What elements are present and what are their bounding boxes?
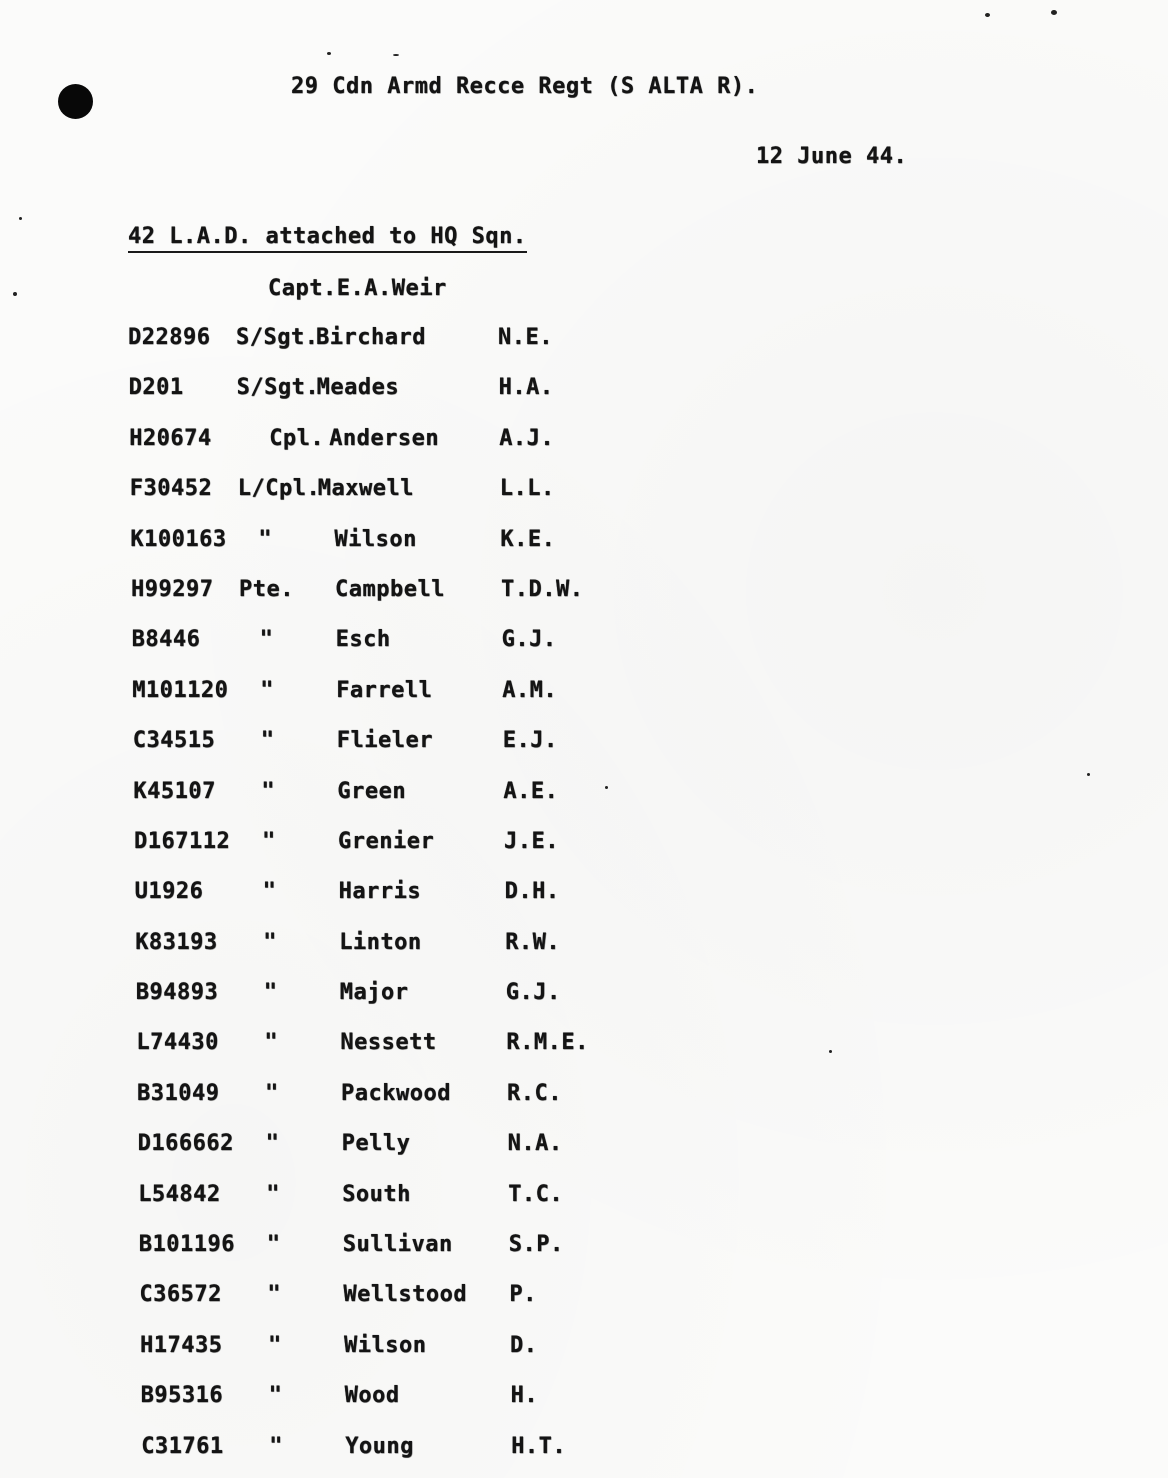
surname: Nessett bbox=[340, 1030, 436, 1055]
service-number: H99297 bbox=[131, 577, 213, 602]
roster-row: D166662"PellyN.A. bbox=[138, 1131, 658, 1181]
initials: G.J. bbox=[502, 627, 557, 652]
roster-row: M101120"FarrellA.M. bbox=[132, 678, 652, 728]
service-number: D166662 bbox=[138, 1131, 234, 1156]
rank: " bbox=[261, 728, 275, 753]
initials: A.J. bbox=[499, 426, 554, 451]
service-number: K83193 bbox=[135, 930, 217, 955]
service-number: D22896 bbox=[128, 325, 210, 350]
service-number: D167112 bbox=[134, 829, 230, 854]
service-number: H20674 bbox=[129, 426, 211, 451]
surname: Sullivan bbox=[343, 1232, 453, 1257]
initials: H.A. bbox=[499, 375, 554, 400]
initials: P. bbox=[509, 1282, 537, 1307]
surname: Birchard bbox=[316, 325, 426, 350]
rank: " bbox=[260, 678, 274, 703]
rank: " bbox=[263, 879, 277, 904]
roster-row: D201S/Sgt.MeadesH.A. bbox=[129, 375, 649, 425]
initials: K.E. bbox=[500, 527, 555, 552]
initials: T.C. bbox=[508, 1182, 563, 1207]
officer-name: Capt.E.A.Weir bbox=[268, 276, 447, 301]
service-number: C34515 bbox=[133, 728, 215, 753]
rank: " bbox=[263, 930, 277, 955]
initials: S.P. bbox=[509, 1232, 564, 1257]
roster-row: D167112"GrenierJ.E. bbox=[134, 829, 654, 879]
service-number: K45107 bbox=[133, 779, 215, 804]
initials: R.C. bbox=[507, 1081, 562, 1106]
rank: " bbox=[267, 1282, 281, 1307]
service-number: B31049 bbox=[137, 1081, 219, 1106]
initials: L.L. bbox=[500, 476, 555, 501]
rank: " bbox=[269, 1434, 283, 1459]
rank: " bbox=[260, 627, 274, 652]
surname: Harris bbox=[339, 879, 421, 904]
personnel-roster: D22896S/Sgt.BirchardN.E.D201S/Sgt.Meades… bbox=[128, 325, 648, 1478]
roster-row: U1926"HarrisD.H. bbox=[135, 879, 655, 929]
initials: A.M. bbox=[502, 678, 557, 703]
initials: T.D.W. bbox=[501, 577, 583, 602]
roster-row: L54842"SouthT.C. bbox=[138, 1182, 658, 1232]
service-number: B101196 bbox=[139, 1232, 235, 1257]
section-heading: 42 L.A.D. attached to HQ Sqn. bbox=[128, 224, 527, 253]
roster-row: B8446"EschG.J. bbox=[132, 627, 652, 677]
service-number: C36572 bbox=[139, 1282, 221, 1307]
initials: D.H. bbox=[505, 879, 560, 904]
roster-row: B31049"PackwoodR.C. bbox=[137, 1081, 657, 1131]
scan-speck bbox=[19, 217, 22, 220]
roster-row: B101196"SullivanS.P. bbox=[139, 1232, 659, 1282]
service-number: L74430 bbox=[136, 1030, 218, 1055]
surname: Young bbox=[345, 1434, 414, 1459]
surname: Flieler bbox=[337, 728, 433, 753]
roster-row: B94893"MajorG.J. bbox=[136, 980, 656, 1030]
roster-row: H99297Pte.CampbellT.D.W. bbox=[131, 577, 651, 627]
service-number: M101120 bbox=[132, 678, 228, 703]
roster-row: H17435"WilsonD. bbox=[140, 1333, 660, 1383]
surname: Linton bbox=[339, 930, 421, 955]
service-number: H17435 bbox=[140, 1333, 222, 1358]
scan-speck bbox=[13, 292, 17, 296]
initials: N.A. bbox=[508, 1131, 563, 1156]
service-number: C31761 bbox=[141, 1434, 223, 1459]
rank: S/Sgt. bbox=[236, 325, 318, 350]
initials: H. bbox=[511, 1383, 539, 1408]
service-number: F30452 bbox=[130, 476, 212, 501]
roster-row: K45107"GreenA.E. bbox=[133, 779, 653, 829]
rank: Cpl. bbox=[269, 426, 324, 451]
initials: D. bbox=[510, 1333, 538, 1358]
scan-speck bbox=[327, 52, 331, 55]
rank: " bbox=[268, 1333, 282, 1358]
rank: " bbox=[258, 527, 272, 552]
service-number: B94893 bbox=[136, 980, 218, 1005]
document-page: 29 Cdn Armd Recce Regt (S ALTA R). 12 Ju… bbox=[0, 0, 1168, 1478]
punch-hole-mark bbox=[58, 84, 93, 119]
rank: " bbox=[269, 1383, 283, 1408]
initials: J.E. bbox=[504, 829, 559, 854]
rank: Pte. bbox=[239, 577, 294, 602]
surname: Wilson bbox=[334, 527, 416, 552]
rank: " bbox=[264, 1030, 278, 1055]
surname: Green bbox=[337, 779, 406, 804]
surname: Andersen bbox=[329, 426, 439, 451]
scan-speck bbox=[829, 1050, 832, 1053]
surname: Wellstood bbox=[343, 1282, 467, 1307]
roster-row: K83193"LintonR.W. bbox=[135, 930, 655, 980]
roster-row: H20674Cpl.AndersenA.J. bbox=[129, 426, 649, 476]
service-number: B95316 bbox=[141, 1383, 223, 1408]
surname: Major bbox=[340, 980, 409, 1005]
rank: S/Sgt. bbox=[237, 375, 319, 400]
surname: Campbell bbox=[335, 577, 445, 602]
surname: Esch bbox=[336, 627, 391, 652]
surname: South bbox=[342, 1182, 411, 1207]
rank: " bbox=[262, 829, 276, 854]
surname: Packwood bbox=[341, 1081, 451, 1106]
scan-speck bbox=[1087, 773, 1090, 776]
surname: Farrell bbox=[336, 678, 432, 703]
roster-row: D22896S/Sgt.BirchardN.E. bbox=[128, 325, 648, 375]
scan-speck bbox=[1051, 10, 1057, 15]
scan-speck bbox=[393, 54, 399, 56]
service-number: D201 bbox=[129, 375, 184, 400]
rank: L/Cpl. bbox=[238, 476, 320, 501]
roster-row: K100163"WilsonK.E. bbox=[130, 527, 650, 577]
initials: A.E. bbox=[503, 779, 558, 804]
service-number: K100163 bbox=[130, 527, 226, 552]
scan-speck bbox=[985, 13, 990, 17]
surname: Maxwell bbox=[318, 476, 414, 501]
initials: R.M.E. bbox=[506, 1030, 588, 1055]
roster-row: C31761"YoungH.T. bbox=[141, 1434, 661, 1478]
initials: H.T. bbox=[511, 1434, 566, 1459]
roster-row: C34515"FlielerE.J. bbox=[133, 728, 653, 778]
surname: Wilson bbox=[344, 1333, 426, 1358]
rank: " bbox=[261, 779, 275, 804]
rank: " bbox=[264, 980, 278, 1005]
roster-row: C36572"WellstoodP. bbox=[139, 1282, 659, 1332]
initials: N.E. bbox=[498, 325, 553, 350]
surname: Wood bbox=[345, 1383, 400, 1408]
rank: " bbox=[266, 1131, 280, 1156]
document-date: 12 June 44. bbox=[756, 144, 907, 169]
rank: " bbox=[266, 1182, 280, 1207]
initials: G.J. bbox=[506, 980, 561, 1005]
rank: " bbox=[265, 1081, 279, 1106]
roster-row: B95316"WoodH. bbox=[141, 1383, 661, 1433]
service-number: U1926 bbox=[135, 879, 204, 904]
surname: Pelly bbox=[342, 1131, 411, 1156]
roster-row: L74430"NessettR.M.E. bbox=[136, 1030, 656, 1080]
initials: R.W. bbox=[505, 930, 560, 955]
initials: E.J. bbox=[503, 728, 558, 753]
unit-title: 29 Cdn Armd Recce Regt (S ALTA R). bbox=[291, 74, 758, 99]
service-number: B8446 bbox=[132, 627, 201, 652]
service-number: L54842 bbox=[138, 1182, 220, 1207]
rank: " bbox=[267, 1232, 281, 1257]
surname: Grenier bbox=[338, 829, 434, 854]
surname: Meades bbox=[317, 375, 399, 400]
roster-row: F30452L/Cpl.MaxwellL.L. bbox=[130, 476, 650, 526]
